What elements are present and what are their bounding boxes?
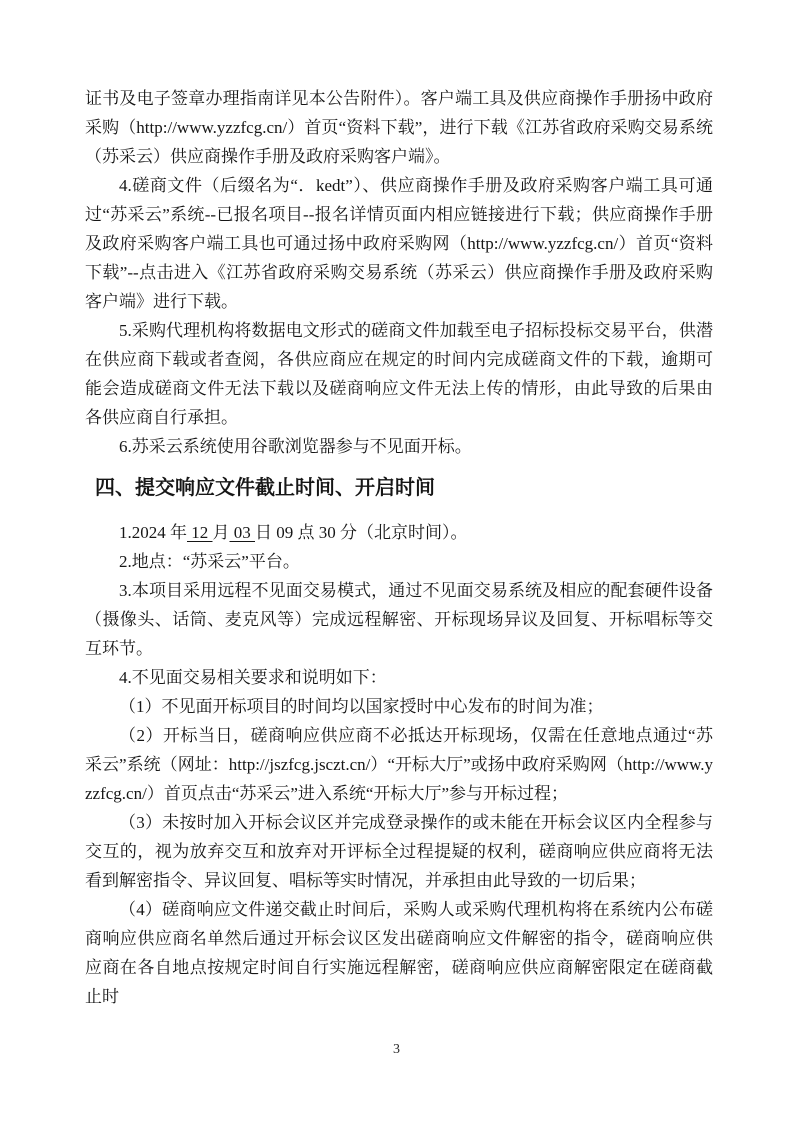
section-heading: 四、提交响应文件截止时间、开启时间 [85,473,713,503]
paragraph-8: 4.不见面交易相关要求和说明如下： [85,663,713,692]
paragraph-12: （4）磋商响应文件递交截止时间后，采购人或采购代理机构将在系统内公布磋商响应供应… [85,895,713,1011]
paragraph-9: （1）不见面开标项目的时间均以国家授时中心发布的时间为准； [85,692,713,721]
paragraph-5: 1.2024 年 12 月 03 日 09 点 30 分（北京时间）。 [85,518,713,547]
paragraph-10: （2）开标当日，磋商响应供应商不必抵达开标现场，仅需在任意地点通过“苏采云”系统… [85,721,713,808]
page-number: 3 [393,1042,400,1057]
page-footer: 3 [0,1042,793,1058]
paragraph-6: 2.地点：“苏采云”平台。 [85,547,713,576]
paragraph-11: （3）未按时加入开标会议区并完成登录操作的或未能在开标会议区内全程参与交互的，视… [85,808,713,895]
text-segment: 月 [213,523,230,542]
underlined-date-blank: 03 [230,523,256,542]
paragraph-2: 5.采购代理机构将数据电文形式的磋商文件加载至电子招标投标交易平台，供潜在供应商… [85,316,713,432]
paragraph-7: 3.本项目采用远程不见面交易模式，通过不见面交易系统及相应的配套硬件设备（摄像头… [85,576,713,663]
underlined-date-blank: 12 [187,523,213,542]
document-body: 证书及电子签章办理指南详见本公告附件）。客户端工具及供应商操作手册扬中政府采购（… [85,84,713,1011]
text-segment: 日 09 点 30 分（北京时间）。 [255,523,468,542]
paragraph-1: 4.磋商文件（后缀名为“．kedt”）、供应商操作手册及政府采购客户端工具可通过… [85,171,713,316]
document-page: 证书及电子签章办理指南详见本公告附件）。客户端工具及供应商操作手册扬中政府采购（… [0,0,793,1122]
text-segment: 1.2024 年 [119,523,187,542]
paragraph-0: 证书及电子签章办理指南详见本公告附件）。客户端工具及供应商操作手册扬中政府采购（… [85,84,713,171]
paragraph-3: 6.苏采云系统使用谷歌浏览器参与不见面开标。 [85,432,713,461]
